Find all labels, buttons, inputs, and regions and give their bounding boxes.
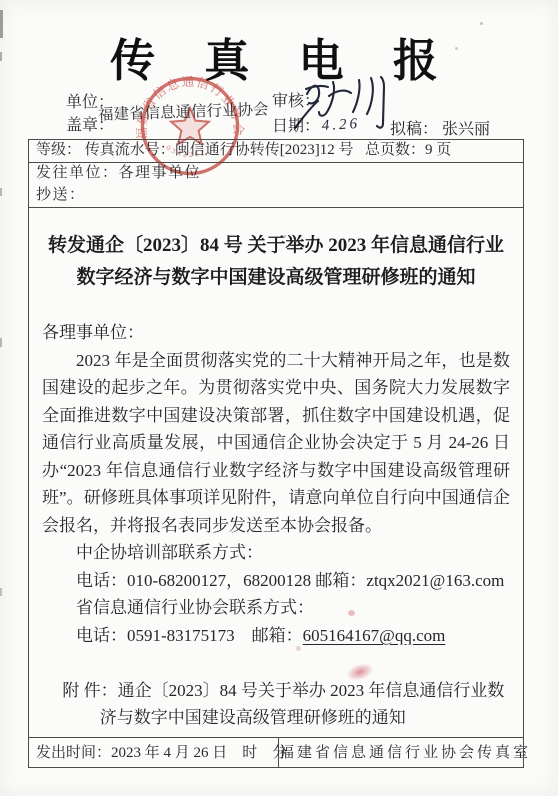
fax-room-name: 福建省信息通信行业协会传真室	[279, 738, 523, 769]
send-to-value: 各理事单位	[119, 165, 202, 181]
body-line: 会报名，并将报名表同步发送至本协会报备。	[42, 512, 510, 540]
attachment-line-1: 附 件：通企〔2023〕84 号关于举办 2023 年信息通信行业数字经	[42, 677, 510, 705]
send-to-label: 发往单位：	[36, 165, 119, 181]
salutation: 各理事单位：	[42, 319, 510, 347]
pages-label: 总页数：	[365, 142, 425, 158]
grade-label: 等级：	[36, 142, 81, 158]
scan-edge-artifact	[0, 588, 2, 596]
contact-email-underlined: 605164167@qq.com	[303, 626, 446, 645]
body-line: 全面推进数字中国建设决策部署，抓住数字中国建设机遇，促进信息	[42, 402, 510, 430]
contact-line-4: 电话：0591-83175173 邮箱：605164167@qq.com	[42, 622, 510, 650]
notice-text: 各理事单位： 2023 年是全面贯彻落实党的二十大精神开局之年，也是数字中 国建…	[42, 319, 510, 732]
body-line: 班”。研修班具体事项详见附件，请意向单位自行向中国通信企业协	[42, 484, 510, 512]
contact-line-3: 省信息通信行业协会联系方式：	[42, 594, 510, 622]
meta-row-grade: 等级： 传真流水号：闽信通行协转传[2023]12 号 总页数：9 页	[29, 140, 523, 162]
body-line: 2023 年是全面贯彻落实党的二十大精神开局之年，也是数字中	[42, 347, 510, 375]
serial-label: 传真流水号：	[85, 142, 175, 158]
scan-edge-artifact	[0, 188, 2, 196]
drafter-name: 张兴丽	[442, 121, 490, 138]
page-title: 传 真 电 报	[0, 24, 558, 89]
send-to-line: 发往单位：各理事单位	[36, 163, 523, 185]
body-line: 办“2023 年信息通信行业数字经济与数字中国建设高级管理研修	[42, 457, 510, 485]
blank-line	[42, 649, 510, 677]
body-line: 通信行业高质量发展，中国通信企业协会决定于 5 月 24-26 日在京举	[42, 429, 510, 457]
pages-value: 9 页	[425, 142, 451, 158]
notice-title-line-2: 数字经济与数字中国建设高级管理研修班的通知	[42, 262, 510, 294]
fax-telegram-page: 传 真 电 报 福建省信息通信行业协会 0342262 单位： 盖章： 福建省信…	[0, 0, 558, 796]
sent-time: 发出时间：2023 年 4 月 26 日 时 分	[29, 738, 279, 769]
contact-line-2: 电话：010-68200127，68200128 邮箱：ztqx2021@163…	[42, 567, 510, 595]
attachment-line-2: 济与数字中国建设高级管理研修班的通知	[42, 704, 510, 732]
cc-label: 抄送：	[36, 187, 86, 203]
notice-title-line-1: 转发通企〔2023〕84 号 关于举办 2023 年信息通信行业	[42, 230, 510, 262]
meta-row-recipients: 发往单位：各理事单位 抄送：	[29, 163, 523, 207]
body-line: 国建设的起步之年。为贯彻落实党中央、国务院大力发展数字经济、	[42, 374, 510, 402]
scan-edge-artifact	[0, 338, 2, 347]
pages-field: 总页数：9 页	[365, 140, 451, 161]
reviewer-signature-handwriting: 4.26	[293, 76, 423, 138]
serial-value: 闽信通行协转传[2023]12 号	[175, 142, 354, 158]
contact-line-1: 中企协培训部联系方式：	[42, 539, 510, 567]
handwritten-date: 4.26	[321, 116, 360, 134]
notice-body: 转发通企〔2023〕84 号 关于举办 2023 年信息通信行业 数字经济与数字…	[29, 208, 523, 736]
meta-frame: 等级： 传真流水号：闽信通行协转传[2023]12 号 总页数：9 页 发往单位…	[28, 139, 524, 768]
cc-line: 抄送：	[36, 185, 523, 207]
contact-line-4-prefix: 电话：0591-83175173 邮箱：	[76, 626, 303, 645]
